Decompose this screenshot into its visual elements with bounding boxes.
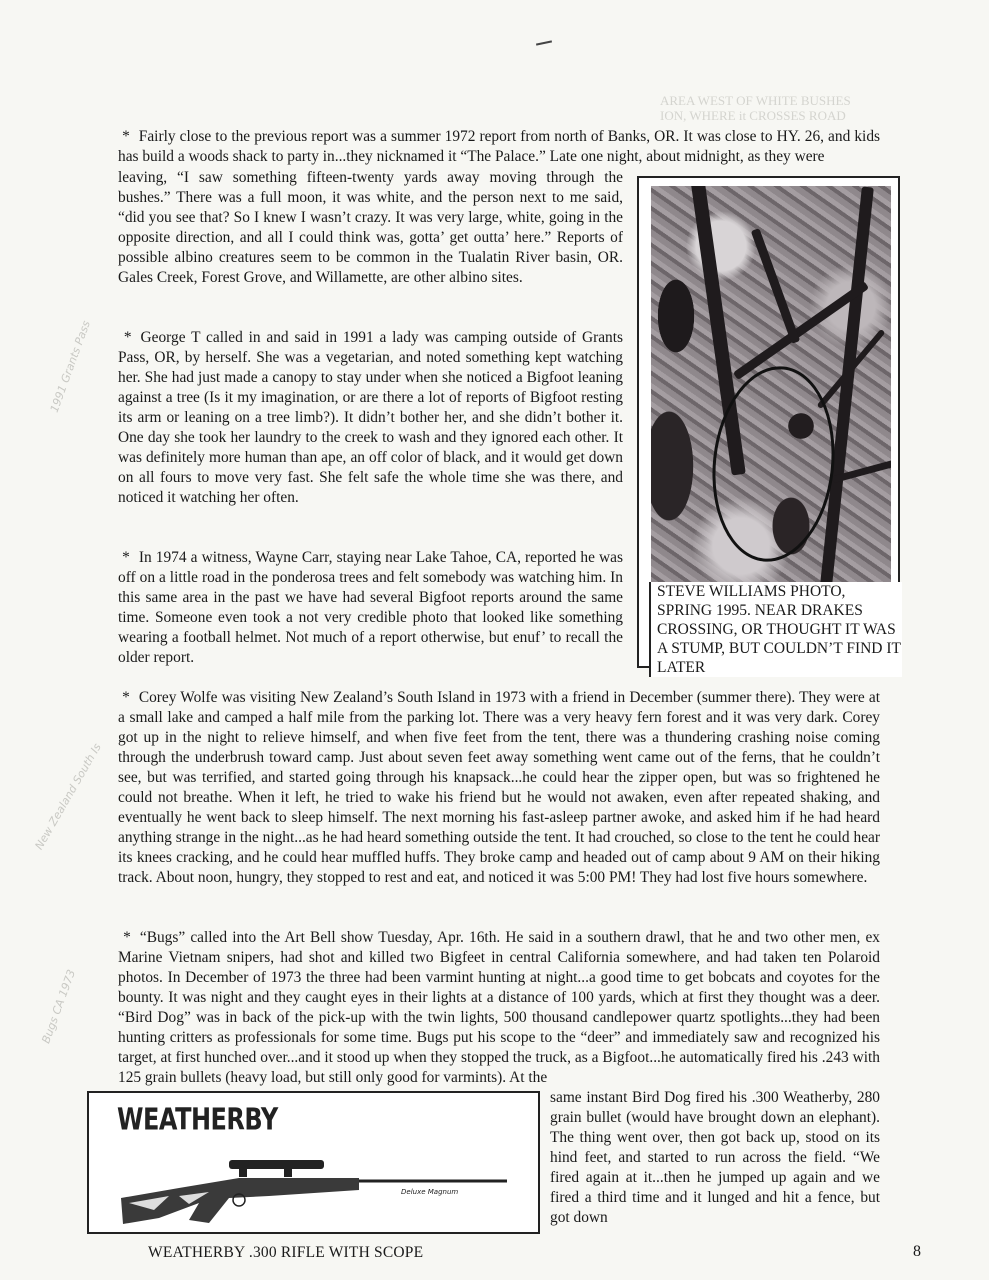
bigfoot-photo-figure: STEVE WILLIAMS PHOTO, SPRING 1995. NEAR … (637, 176, 900, 668)
forest-photo (651, 186, 891, 584)
margin-note: New Zealand South Is (32, 741, 103, 852)
scan-mark (536, 40, 552, 45)
document-page: AREA WEST OF WHITE BUSHES ION, WHERE it … (0, 0, 989, 1280)
paragraph-banks-intro: *Fairly close to the previous report was… (118, 127, 880, 167)
bullet-marker: * (124, 329, 132, 346)
paragraph-banks: leaving, “I saw something fifteen-twenty… (118, 168, 623, 288)
photo-caption: STEVE WILLIAMS PHOTO, SPRING 1995. NEAR … (649, 582, 902, 677)
paragraph-bugs-continued: same instant Bird Dog fired his .300 Wea… (550, 1088, 880, 1228)
rifle-model-label: Deluxe Magnum (401, 1188, 458, 1196)
page-number: 8 (913, 1243, 921, 1261)
bullet-marker: * (122, 549, 130, 566)
bleed-through-text: AREA WEST OF WHITE BUSHES ION, WHERE it … (660, 93, 851, 123)
rifle-caption: WEATHERBY .300 RIFLE WITH SCOPE (148, 1244, 423, 1262)
tree-branch (820, 186, 874, 584)
paragraph-new-zealand: *Corey Wolfe was visiting New Zealand’s … (118, 688, 880, 888)
paragraph-lake-tahoe: *In 1974 a witness, Wayne Carr, staying … (118, 548, 623, 668)
bullet-marker: * (122, 689, 130, 706)
bullet-marker: * (123, 929, 131, 946)
tree-branch (751, 228, 800, 344)
bullet-marker: * (122, 128, 130, 145)
margin-note: Bugs CA 1973 (39, 968, 78, 1045)
weatherby-logo: WEATHERBY (117, 1102, 278, 1137)
paragraph-bugs: *“Bugs” called into the Art Bell show Tu… (118, 928, 880, 1088)
rifle-advertisement: WEATHERBY Deluxe Magnum (87, 1091, 540, 1234)
paragraph-grants-pass: *George T called in and said in 1991 a l… (118, 328, 623, 508)
margin-note: 1991 Grants Pass (48, 319, 93, 414)
